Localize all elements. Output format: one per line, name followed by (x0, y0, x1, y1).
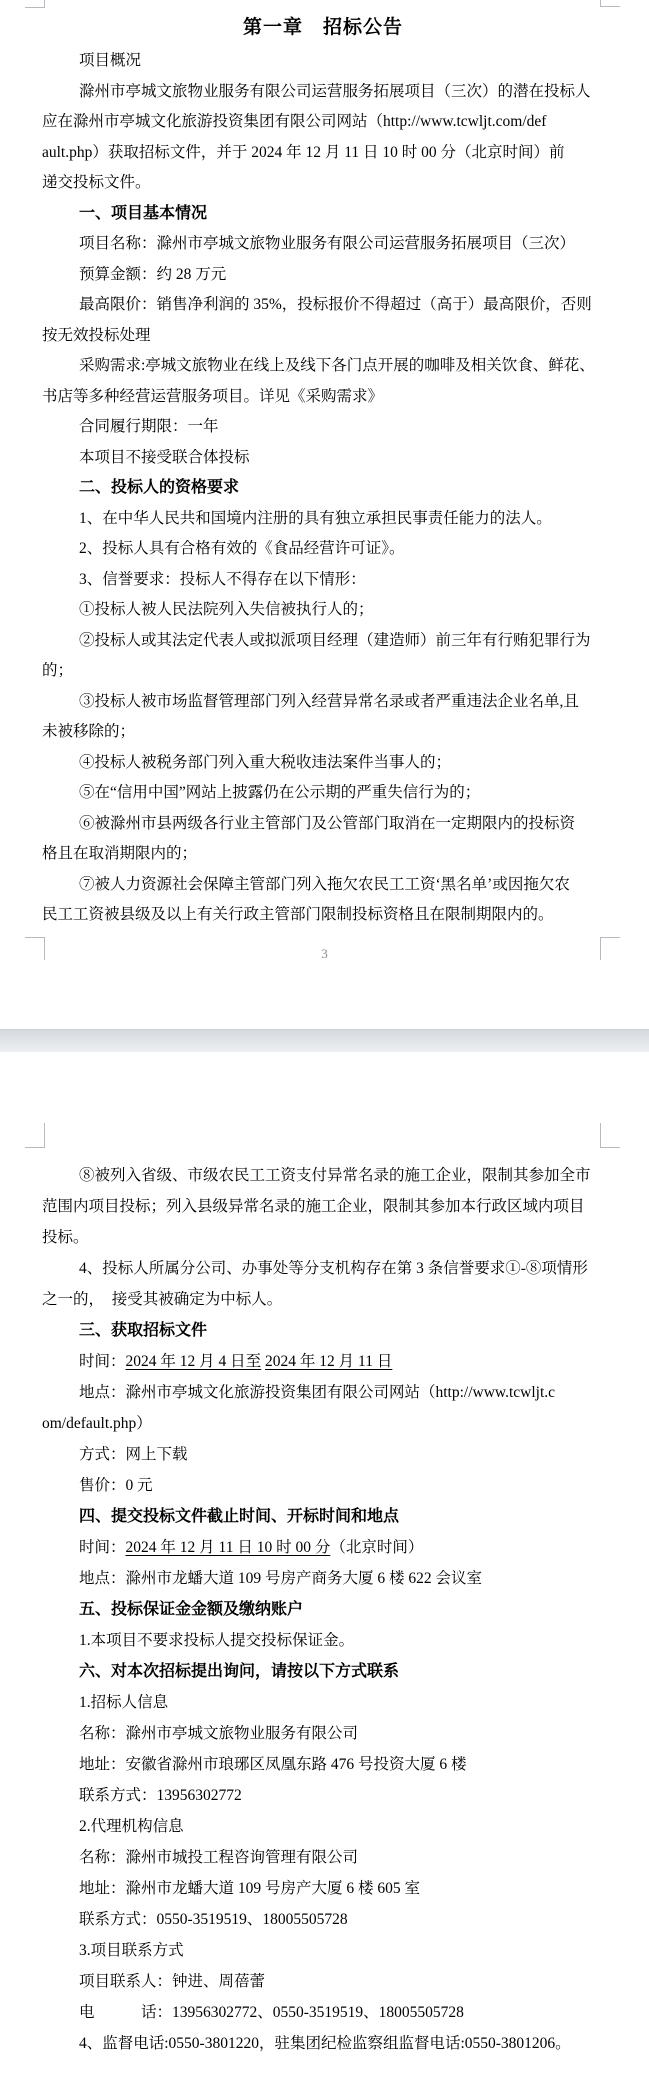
document-title: 第一章 招标公告 (42, 8, 604, 48)
text-line: om/default.php） (42, 1408, 608, 1439)
page-separator (0, 1029, 649, 1052)
text-segment: 时间： (79, 1539, 126, 1556)
text-line: 合同履行期限：一年 (42, 412, 608, 443)
text-line: 最高限价：销售净利润的 35%，投标报价不得超过（高于）最高限价，否则 (42, 290, 608, 321)
underlined-text: 2024 年 12 月 11 日 (265, 1353, 392, 1370)
text-line: 按无效投标处理 (42, 321, 608, 352)
document-page-2: ⑧被列入省级、市级农民工工资支付异常名录的施工企业，限制其参加全市范围内项目投标… (0, 1052, 649, 2075)
text-line: 本项目不接受联合体投标 (42, 443, 608, 474)
page-1-text: 项目概况滁州市亭城文旅物业服务有限公司运营服务拓展项目（三次）的潜在投标人应在滁… (42, 46, 608, 931)
text-line: 3、信誉要求：投标人不得存在以下情形： (42, 565, 608, 596)
text-line: 项目联系人：钟进、周蓓蕾 (42, 1966, 608, 1997)
section-heading-line: 一、项目基本情况 (42, 199, 608, 230)
text-line: 电 话：13956302772、0550-3519519、18005505728 (42, 1997, 608, 2028)
text-line: ⑧被列入省级、市级农民工工资支付异常名录的施工企业，限制其参加全市 (42, 1160, 608, 1191)
section-heading-line: 三、获取招标文件 (42, 1315, 608, 1346)
text-line: 项目名称：滁州市亭城文旅物业服务有限公司运营服务拓展项目（三次） (42, 229, 608, 260)
document-page-1: 第一章 招标公告 项目概况滁州市亭城文旅物业服务有限公司运营服务拓展项目（三次）… (0, 0, 649, 1029)
text-line: ①投标人被人民法院列入失信被执行人的； (42, 595, 608, 626)
text-line: 应在滁州市亭城文化旅游投资集团有限公司网站（http://www.tcwljt.… (42, 107, 608, 138)
text-line: 投标。 (42, 1222, 608, 1253)
text-boundary-mark-icon (25, 1123, 45, 1148)
text-line: 项目概况 (42, 46, 608, 77)
underlined-text: 2024 年 12 月 11 日 10 时 00 分 (126, 1539, 331, 1556)
text-line: 地址：滁州市龙蟠大道 109 号房产大厦 6 楼 605 室 (42, 1873, 608, 1904)
text-boundary-mark-icon (600, 1123, 620, 1148)
section-heading-line: 四、提交投标文件截止时间、开标时间和地点 (42, 1501, 608, 1532)
text-line: 未被移除的； (42, 717, 608, 748)
section-heading-line: 五、投标保证金金额及缴纳账户 (42, 1594, 608, 1625)
document-viewer: 第一章 招标公告 项目概况滁州市亭城文旅物业服务有限公司运营服务拓展项目（三次）… (0, 0, 649, 2075)
text-segment: 时间： (79, 1353, 126, 1370)
text-line: 联系方式：0550-3519519、18005505728 (42, 1904, 608, 1935)
text-line: 采购需求:亭城文旅物业在线上及线下各门点开展的咖啡及相关饮食、鲜花、 (42, 351, 608, 382)
text-line: 递交投标文件。 (42, 168, 608, 199)
text-line: 2.代理机构信息 (42, 1811, 608, 1842)
underlined-text: 2024 年 12 月 4 日至 (126, 1353, 262, 1370)
text-line: ④投标人被税务部门列入重大税收违法案件当事人的； (42, 748, 608, 779)
page-2-text: ⑧被列入省级、市级农民工工资支付异常名录的施工企业，限制其参加全市范围内项目投标… (42, 1160, 608, 2059)
text-line: 预算金额：约 28 万元 (42, 260, 608, 291)
text-line: 4、监督电话:0550-3801220，驻集团纪检监察组监督电话:0550-38… (42, 2028, 608, 2059)
text-line: 1、在中华人民共和国境内注册的具有独立承担民事责任能力的法人。 (42, 504, 608, 535)
text-line: 地址：安徽省滁州市琅琊区凤凰东路 476 号投资大厦 6 楼 (42, 1749, 608, 1780)
text-line: 3.项目联系方式 (42, 1935, 608, 1966)
text-line: 1.招标人信息 (42, 1687, 608, 1718)
text-line: 地点：滁州市亭城文化旅游投资集团有限公司网站（http://www.tcwljt… (42, 1377, 608, 1408)
text-line: ⑤在“信用中国”网站上披露仍在公示期的严重失信行为的； (42, 778, 608, 809)
text-line: 方式：网上下载 (42, 1439, 608, 1470)
section-heading-line: 二、投标人的资格要求 (42, 473, 608, 504)
text-segment: （北京时间） (330, 1539, 423, 1556)
text-line: 名称：滁州市亭城文旅物业服务有限公司 (42, 1718, 608, 1749)
section-heading-line: 六、对本次招标提出询问，请按以下方式联系 (42, 1656, 608, 1687)
text-line: 的； (42, 656, 608, 687)
text-line: 名称：滁州市城投工程咨询管理有限公司 (42, 1842, 608, 1873)
text-line: 民工工资被县级及以上有关行政主管部门限制投标资格且在限制期限内的。 (42, 900, 608, 931)
text-line: 联系方式：13956302772 (42, 1780, 608, 1811)
text-line: 时间：2024 年 12 月 4 日至 2024 年 12 月 11 日 (42, 1346, 608, 1377)
page-number: 3 (0, 946, 649, 962)
text-line: 滁州市亭城文旅物业服务有限公司运营服务拓展项目（三次）的潜在投标人 (42, 77, 608, 108)
text-line: ⑦被人力资源社会保障主管部门列入拖欠农民工工资‘黑名单’或因拖欠农 (42, 870, 608, 901)
text-line: 1.本项目不要求投标人提交投标保证金。 (42, 1625, 608, 1656)
text-line: ②投标人或其法定代表人或拟派项目经理（建造师）前三年有行贿犯罪行为 (42, 626, 608, 657)
text-line: ⑥被滁州市县两级各行业主管部门及公管部门取消在一定期限内的投标资 (42, 809, 608, 840)
text-line: 时间：2024 年 12 月 11 日 10 时 00 分（北京时间） (42, 1532, 608, 1563)
text-line: ault.php）获取招标文件，并于 2024 年 12 月 11 日 10 时… (42, 138, 608, 169)
text-line: 地点：滁州市龙蟠大道 109 号房产商务大厦 6 楼 622 会议室 (42, 1563, 608, 1594)
text-line: 4、投标人所属分公司、办事处等分支机构存在第 3 条信誉要求①-⑧项情形 (42, 1253, 608, 1284)
text-boundary-mark-icon (25, 0, 45, 8)
text-line: 范围内项目投标；列入县级异常名录的施工企业，限制其参加本行政区域内项目 (42, 1191, 608, 1222)
text-line: 书店等多种经营运营服务项目。详见《采购需求》 (42, 382, 608, 413)
text-boundary-mark-icon (600, 0, 620, 7)
text-line: 之一的， 接受其被确定为中标人。 (42, 1284, 608, 1315)
text-line: ③投标人被市场监督管理部门列入经营异常名录或者严重违法企业名单,且 (42, 687, 608, 718)
text-line: 售价：0 元 (42, 1470, 608, 1501)
text-line: 2、投标人具有合格有效的《食品经营许可证》。 (42, 534, 608, 565)
text-line: 格且在取消期限内的； (42, 839, 608, 870)
